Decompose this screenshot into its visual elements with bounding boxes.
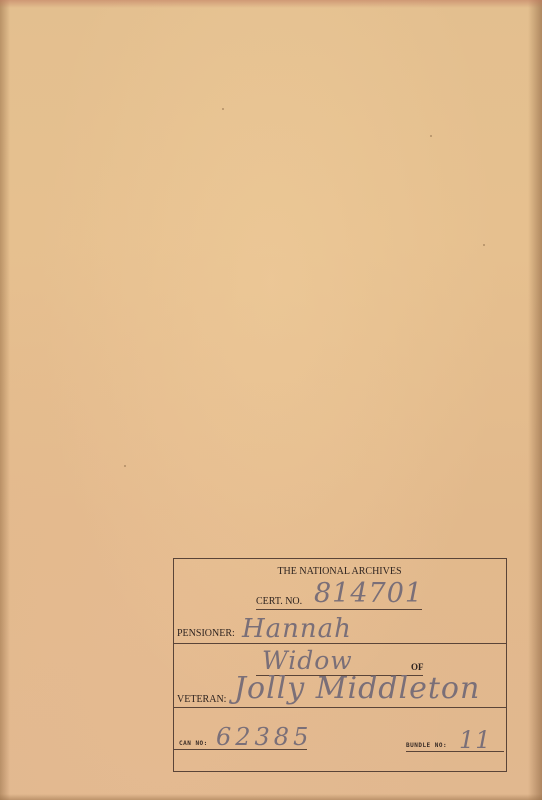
folder-right-edge — [528, 0, 542, 800]
pensioner-value: Hannah — [242, 614, 352, 644]
bundle-no-rule — [406, 751, 504, 752]
pensioner-label: PENSIONER: — [177, 628, 235, 639]
can-no-value: 62385 — [216, 723, 312, 751]
can-no-rule — [174, 749, 307, 750]
cert-no-label: CERT. NO. — [256, 596, 302, 607]
label-header: THE NATIONAL ARCHIVES — [174, 566, 505, 577]
paper-speck — [483, 244, 485, 246]
paper-speck — [222, 108, 224, 110]
veteran-value: Jolly Middleton — [234, 671, 480, 706]
folder-top-edge — [0, 0, 542, 8]
can-no-label: CAN NO: — [179, 740, 208, 747]
pensioner-rule — [174, 643, 506, 644]
folder-bottom-edge — [0, 794, 542, 800]
bundle-no-label: BUNDLE NO: — [406, 742, 447, 749]
cert-no-rule — [256, 609, 422, 610]
folder-left-edge — [0, 0, 10, 800]
bundle-no-value: 11 — [459, 726, 492, 754]
veteran-rule — [174, 707, 506, 708]
veteran-label: VETERAN: — [177, 694, 226, 705]
cert-no-value: 814701 — [314, 578, 423, 609]
paper-speck — [124, 465, 126, 467]
paper-speck — [430, 135, 432, 137]
archives-label: THE NATIONAL ARCHIVES CERT. NO. 814701 P… — [173, 558, 507, 772]
